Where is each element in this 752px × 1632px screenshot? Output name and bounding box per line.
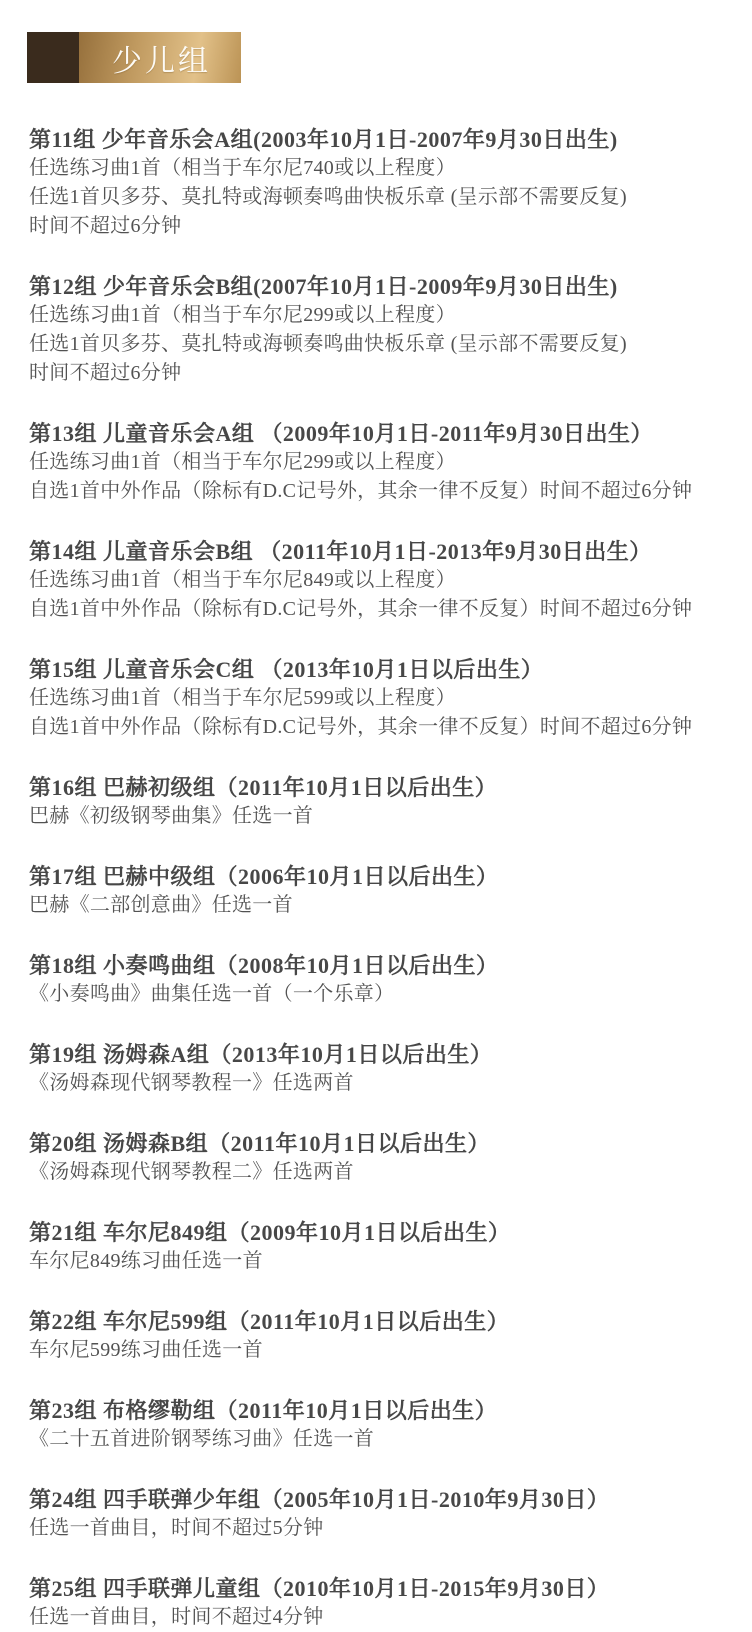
group-block: 第16组 巴赫初级组（2011年10月1日以后出生） 巴赫《初级钢琴曲集》任选一… bbox=[29, 773, 726, 831]
group-requirement-line: 自选1首中外作品（除标有D.C记号外，其余一律不反复）时间不超过6分钟 bbox=[29, 477, 726, 506]
group-requirement-line: 任选1首贝多芬、莫扎特或海顿奏鸣曲快板乐章 (呈示部不需要反复) bbox=[29, 330, 726, 359]
group-requirement-line: 《二十五首进阶钢琴练习曲》任选一首 bbox=[29, 1425, 726, 1454]
group-block: 第11组 少年音乐会A组(2003年10月1日-2007年9月30日出生) 任选… bbox=[29, 125, 726, 241]
group-title: 第14组 儿童音乐会B组 （2011年10月1日-2013年9月30日出生） bbox=[29, 537, 726, 566]
group-block: 第21组 车尔尼849组（2009年10月1日以后出生） 车尔尼849练习曲任选… bbox=[29, 1218, 726, 1276]
group-block: 第13组 儿童音乐会A组 （2009年10月1日-2011年9月30日出生） 任… bbox=[29, 419, 726, 506]
group-block: 第14组 儿童音乐会B组 （2011年10月1日-2013年9月30日出生） 任… bbox=[29, 537, 726, 624]
group-title: 第17组 巴赫中级组（2006年10月1日以后出生） bbox=[29, 862, 726, 891]
group-requirement-line: 任选一首曲目，时间不超过4分钟 bbox=[29, 1603, 726, 1632]
group-requirement-line: 《汤姆森现代钢琴教程一》任选两首 bbox=[29, 1069, 726, 1098]
group-requirement-line: 任选练习曲1首（相当于车尔尼299或以上程度） bbox=[29, 448, 726, 477]
group-block: 第23组 布格缪勒组（2011年10月1日以后出生） 《二十五首进阶钢琴练习曲》… bbox=[29, 1396, 726, 1454]
group-block: 第20组 汤姆森B组（2011年10月1日以后出生） 《汤姆森现代钢琴教程二》任… bbox=[29, 1129, 726, 1187]
group-title: 第19组 汤姆森A组（2013年10月1日以后出生） bbox=[29, 1040, 726, 1069]
group-title: 第15组 儿童音乐会C组 （2013年10月1日以后出生） bbox=[29, 655, 726, 684]
group-requirement-line: 自选1首中外作品（除标有D.C记号外，其余一律不反复）时间不超过6分钟 bbox=[29, 595, 726, 624]
group-requirement-line: 自选1首中外作品（除标有D.C记号外，其余一律不反复）时间不超过6分钟 bbox=[29, 713, 726, 742]
group-block: 第22组 车尔尼599组（2011年10月1日以后出生） 车尔尼599练习曲任选… bbox=[29, 1307, 726, 1365]
group-title: 第12组 少年音乐会B组(2007年10月1日-2009年9月30日出生) bbox=[29, 272, 726, 301]
group-requirement-line: 时间不超过6分钟 bbox=[29, 212, 726, 241]
group-block: 第19组 汤姆森A组（2013年10月1日以后出生） 《汤姆森现代钢琴教程一》任… bbox=[29, 1040, 726, 1098]
group-block: 第15组 儿童音乐会C组 （2013年10月1日以后出生） 任选练习曲1首（相当… bbox=[29, 655, 726, 742]
group-block: 第24组 四手联弹少年组（2005年10月1日-2010年9月30日） 任选一首… bbox=[29, 1485, 726, 1543]
group-title: 第11组 少年音乐会A组(2003年10月1日-2007年9月30日出生) bbox=[29, 125, 726, 154]
group-requirement-line: 时间不超过6分钟 bbox=[29, 359, 726, 388]
group-requirement-line: 巴赫《二部创意曲》任选一首 bbox=[29, 891, 726, 920]
section-banner-title: 少儿组 bbox=[109, 36, 211, 80]
group-requirement-line: 《汤姆森现代钢琴教程二》任选两首 bbox=[29, 1158, 726, 1187]
group-block: 第18组 小奏鸣曲组（2008年10月1日以后出生） 《小奏鸣曲》曲集任选一首（… bbox=[29, 951, 726, 1009]
group-requirement-line: 车尔尼599练习曲任选一首 bbox=[29, 1336, 726, 1365]
group-requirement-line: 任选练习曲1首（相当于车尔尼740或以上程度） bbox=[29, 154, 726, 183]
section-banner: 少儿组 bbox=[27, 32, 241, 83]
group-requirement-line: 任选练习曲1首（相当于车尔尼599或以上程度） bbox=[29, 684, 726, 713]
group-requirement-line: 《小奏鸣曲》曲集任选一首（一个乐章） bbox=[29, 980, 726, 1009]
group-requirement-line: 任选练习曲1首（相当于车尔尼849或以上程度） bbox=[29, 566, 726, 595]
group-requirement-line: 车尔尼849练习曲任选一首 bbox=[29, 1247, 726, 1276]
group-title: 第16组 巴赫初级组（2011年10月1日以后出生） bbox=[29, 773, 726, 802]
group-title: 第18组 小奏鸣曲组（2008年10月1日以后出生） bbox=[29, 951, 726, 980]
group-title: 第20组 汤姆森B组（2011年10月1日以后出生） bbox=[29, 1129, 726, 1158]
banner-dark-block bbox=[27, 32, 79, 83]
group-block: 第17组 巴赫中级组（2006年10月1日以后出生） 巴赫《二部创意曲》任选一首 bbox=[29, 862, 726, 920]
group-title: 第23组 布格缪勒组（2011年10月1日以后出生） bbox=[29, 1396, 726, 1425]
group-title: 第22组 车尔尼599组（2011年10月1日以后出生） bbox=[29, 1307, 726, 1336]
group-list: 第11组 少年音乐会A组(2003年10月1日-2007年9月30日出生) 任选… bbox=[0, 125, 752, 1632]
banner-gold-block: 少儿组 bbox=[79, 32, 241, 83]
group-requirement-line: 巴赫《初级钢琴曲集》任选一首 bbox=[29, 802, 726, 831]
group-requirement-line: 任选练习曲1首（相当于车尔尼299或以上程度） bbox=[29, 301, 726, 330]
group-block: 第12组 少年音乐会B组(2007年10月1日-2009年9月30日出生) 任选… bbox=[29, 272, 726, 388]
group-title: 第13组 儿童音乐会A组 （2009年10月1日-2011年9月30日出生） bbox=[29, 419, 726, 448]
group-requirement-line: 任选1首贝多芬、莫扎特或海顿奏鸣曲快板乐章 (呈示部不需要反复) bbox=[29, 183, 726, 212]
group-title: 第25组 四手联弹儿童组（2010年10月1日-2015年9月30日） bbox=[29, 1574, 726, 1603]
group-title: 第24组 四手联弹少年组（2005年10月1日-2010年9月30日） bbox=[29, 1485, 726, 1514]
group-requirement-line: 任选一首曲目，时间不超过5分钟 bbox=[29, 1514, 726, 1543]
group-block: 第25组 四手联弹儿童组（2010年10月1日-2015年9月30日） 任选一首… bbox=[29, 1574, 726, 1632]
group-title: 第21组 车尔尼849组（2009年10月1日以后出生） bbox=[29, 1218, 726, 1247]
